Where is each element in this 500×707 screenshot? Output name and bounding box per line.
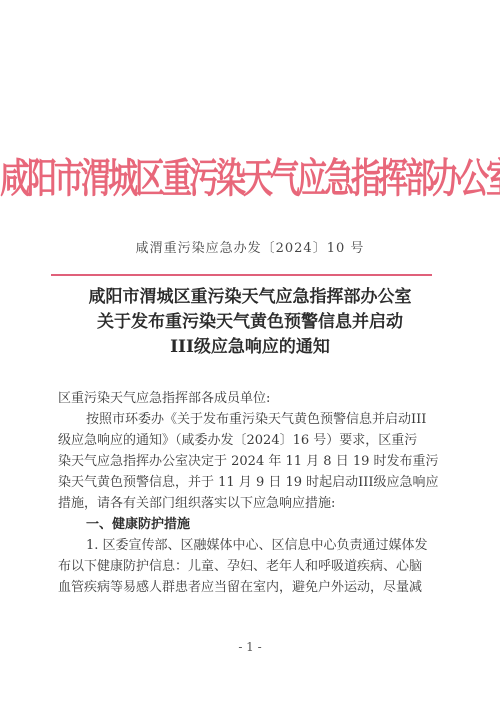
title-line-2: 关于发布重污染天气黄色预警信息并启动 xyxy=(0,310,500,335)
red-divider-rule xyxy=(51,274,432,276)
notice-body: 区重污染天气应急指挥部各成员单位: 按照市环委办《关于发布重污染天气黄色预警信息… xyxy=(58,388,448,598)
red-header-title: 咸阳市渭城区重污染天气应急指挥部办公室文件 xyxy=(0,140,500,221)
title-line-3: III级应急响应的通知 xyxy=(0,335,500,360)
section-heading: 一、健康防护措施 xyxy=(58,514,448,535)
paragraph-line: 措施，请各有关部门组织落实以下应急响应措施: xyxy=(58,493,448,514)
title-line-1: 咸阳市渭城区重污染天气应急指挥部办公室 xyxy=(0,285,500,310)
item-line: 1. 区委宣传部、区融媒体中心、区信息中心负责通过媒体发 xyxy=(58,535,448,556)
paragraph-line: 染天气应急指挥办公室决定于 2024 年 11 月 8 日 19 时发布重污 xyxy=(58,451,448,472)
notice-title: 咸阳市渭城区重污染天气应急指挥部办公室 关于发布重污染天气黄色预警信息并启动 I… xyxy=(0,285,500,360)
paragraph-line: 按照市环委办《关于发布重污染天气黄色预警信息并启动III xyxy=(58,409,448,430)
paragraph-line: 染天气黄色预警信息，并于 11 月 9 日 19 时起启动III级应急响应 xyxy=(58,472,448,493)
item-line: 布以下健康防护信息：儿童、孕妇、老年人和呼吸道疾病、心脑 xyxy=(58,556,448,577)
item-line: 血管疾病等易感人群患者应当留在室内，避免户外运动，尽量减 xyxy=(58,577,448,598)
recipient-line: 区重污染天气应急指挥部各成员单位: xyxy=(58,388,448,409)
paragraph-line: 级应急响应的通知》（咸委办发〔2024〕16 号）要求，区重污 xyxy=(58,430,448,451)
page-number: - 1 - xyxy=(0,640,500,654)
document-page: 咸阳市渭城区重污染天气应急指挥部办公室文件 咸渭重污染应急办发〔2024〕10 … xyxy=(0,0,500,707)
document-number: 咸渭重污染应急办发〔2024〕10 号 xyxy=(0,239,500,259)
